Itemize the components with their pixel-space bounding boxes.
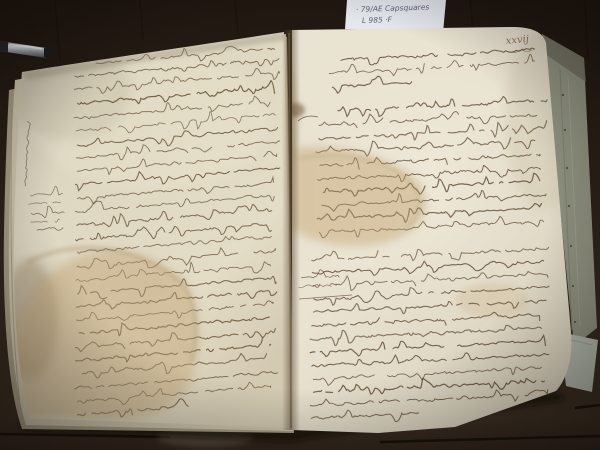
pen-end-cap (0, 41, 8, 52)
left-page (2, 32, 292, 428)
folio-number: xxvij (505, 34, 529, 47)
manuscript-photo: · 79/AE Capsquares L 985 ·F (0, 0, 600, 450)
gutter (282, 30, 300, 430)
right-page: xxvij (287, 27, 585, 433)
manuscript-book: xxvij (2, 27, 598, 442)
photo-canvas: · 79/AE Capsquares L 985 ·F (0, 0, 600, 450)
sticky-note-line2: L 985 ·F (362, 15, 393, 25)
